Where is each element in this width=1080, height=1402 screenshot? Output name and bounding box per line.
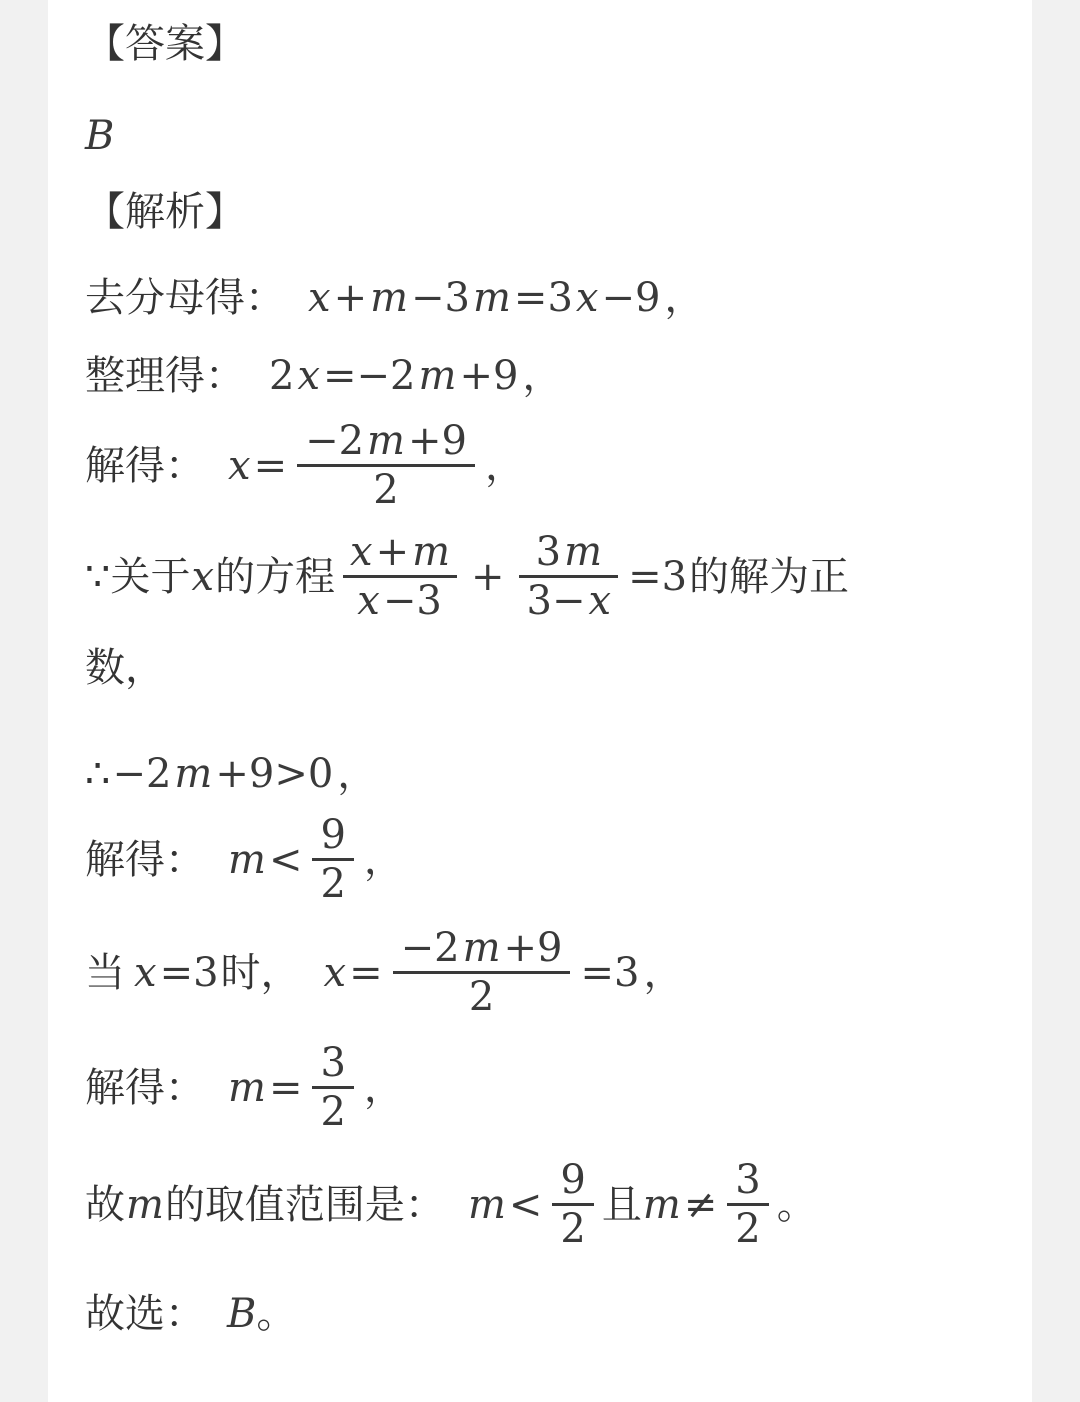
math-variable-m: m [125, 1177, 165, 1233]
step-solve-m-upper-bound: 解得： m< 9 2 ， [85, 812, 1016, 907]
step-label: 整理得： [85, 348, 245, 404]
math-expression: m≠ [642, 1177, 719, 1233]
fraction-denominator: 3−x [519, 578, 619, 624]
fraction: 3 2 [727, 1157, 768, 1252]
math-expression: 2x=−2m+9， [267, 348, 564, 404]
fraction-denominator: 2 [312, 861, 353, 907]
step-inequality: ∴ −2m+9>0， [85, 746, 1016, 802]
fraction: 9 2 [552, 1157, 593, 1252]
when-suffix: 时， [221, 945, 301, 1001]
math-expression: =3 [626, 549, 689, 605]
condition-text: 的解为正 [689, 549, 849, 605]
step-m-range-conclusion: 故 m 的取值范围是： m< 9 2 且 m≠ 3 2 。 [85, 1157, 1016, 1252]
fraction-numerator: −2m+9 [393, 925, 571, 971]
fraction: x+m x−3 [343, 529, 457, 624]
answer-value: B [85, 108, 114, 164]
plus-operator: + [469, 549, 507, 605]
fraction-numerator: x+m [343, 529, 457, 575]
step-rearrange: 整理得： 2x=−2m+9， [85, 348, 1016, 404]
equation-text: 的方程 [215, 549, 335, 605]
math-comma: ， [362, 1060, 406, 1116]
because-prefix: ∵关于 [85, 549, 190, 605]
fraction-numerator: 3 [312, 1040, 353, 1086]
step-equation-condition-wrap: 数， [85, 640, 1016, 696]
condition-text-wrap: 数， [85, 640, 165, 696]
fraction: −2m+9 2 [297, 418, 475, 513]
conclusion-text: 的取值范围是： [165, 1177, 445, 1233]
fraction-numerator: 9 [312, 812, 353, 858]
step-label: 解得： [85, 438, 205, 494]
period: 。 [256, 1286, 296, 1342]
step-check-x-equals-3: 当 x=3 时， x= −2m+9 2 =3， [85, 925, 1016, 1020]
step-label: 故选： [85, 1286, 205, 1342]
math-variable-x: x [190, 549, 215, 605]
answer-heading-line: 【答案】 [85, 16, 1016, 72]
math-comma: ， [362, 832, 406, 888]
fraction-numerator: 3 [727, 1157, 768, 1203]
math-expression: x+m−3m=3x−9， [307, 270, 706, 326]
fraction-denominator: 2 [552, 1206, 593, 1252]
solution-document: 【答案】 B 【解析】 去分母得： x+m−3m=3x−9， 整理得： 2x=−… [48, 0, 1032, 1402]
step-solve-x: 解得： x= −2m+9 2 ， [85, 418, 1016, 513]
fraction: 3 2 [312, 1040, 353, 1135]
math-expression: x= [323, 945, 385, 1001]
step-label: 去分母得： [85, 270, 285, 326]
conclusion-prefix: 故 [85, 1177, 125, 1233]
fraction-numerator: 9 [552, 1157, 593, 1203]
step-solve-m-excluded: 解得： m= 3 2 ， [85, 1040, 1016, 1135]
chosen-option: B [227, 1286, 256, 1342]
step-equation-condition: ∵关于 x 的方程 x+m x−3 + 3m 3−x =3 的解为正 [85, 529, 1016, 624]
step-final-choice: 故选： B 。 [85, 1286, 1016, 1342]
and-text: 且 [602, 1177, 642, 1233]
step-clear-denominator: 去分母得： x+m−3m=3x−9， [85, 270, 1016, 326]
fraction-denominator: 2 [297, 467, 475, 513]
fraction-denominator: 2 [312, 1089, 353, 1135]
fraction-numerator: 3m [519, 529, 619, 575]
fraction-denominator: 2 [727, 1206, 768, 1252]
math-condition: x=3 [133, 945, 221, 1001]
math-expression: m< [227, 832, 304, 888]
fraction-numerator: −2m+9 [297, 418, 475, 464]
fraction: 3m 3−x [519, 529, 619, 624]
fraction: −2m+9 2 [393, 925, 571, 1020]
math-expression: −2m+9>0， [110, 746, 379, 802]
analysis-heading: 【解析】 [85, 184, 245, 240]
step-label: 解得： [85, 832, 205, 888]
math-expression: m< [467, 1177, 544, 1233]
therefore-prefix: ∴ [85, 746, 110, 802]
math-comma: ， [483, 438, 527, 494]
when-prefix: 当 [85, 945, 125, 1001]
fraction-denominator: 2 [393, 974, 571, 1020]
math-expression: =3， [578, 945, 685, 1001]
answer-heading: 【答案】 [85, 16, 245, 72]
fraction: 9 2 [312, 812, 353, 907]
fraction-denominator: x−3 [343, 578, 457, 624]
analysis-heading-line: 【解析】 [85, 184, 1016, 240]
answer-value-line: B [85, 108, 1016, 164]
period: 。 [777, 1177, 817, 1233]
step-label: 解得： [85, 1060, 205, 1116]
math-expression: m= [227, 1060, 304, 1116]
math-expression: x= [227, 438, 289, 494]
